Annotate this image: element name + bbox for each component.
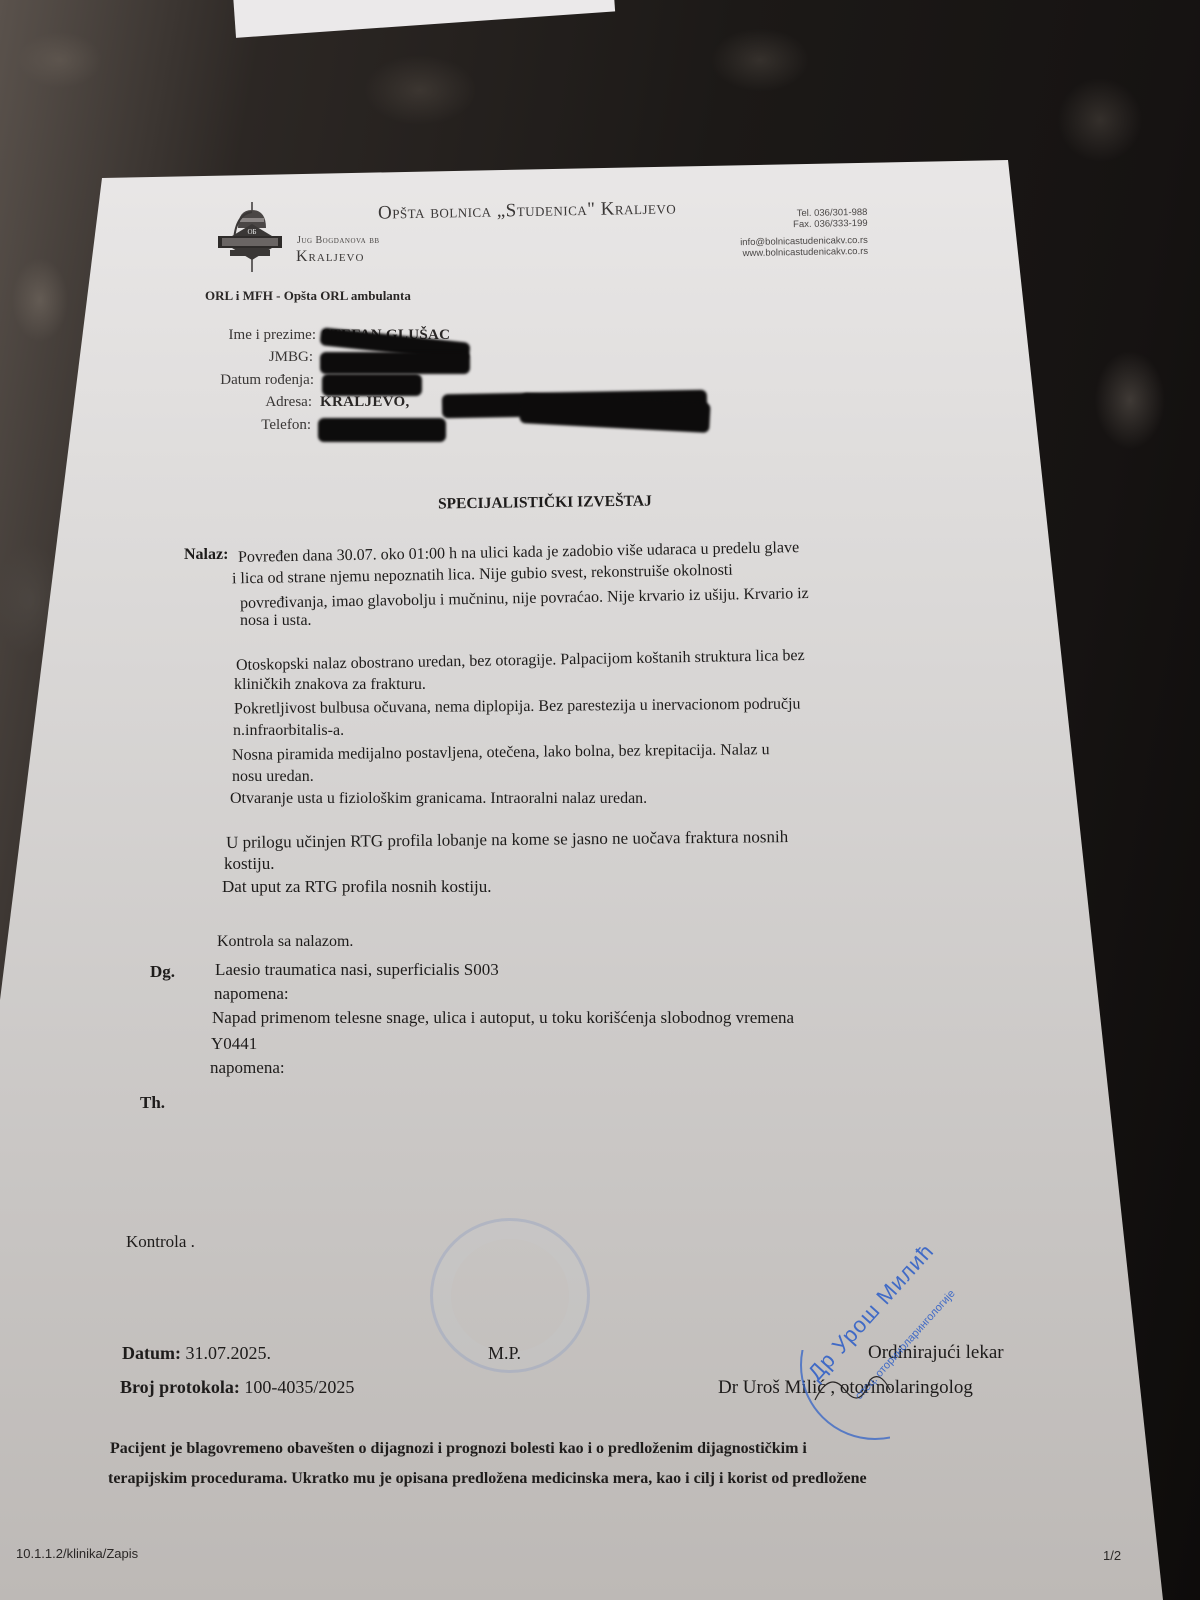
- protokol-label: Broj protokola:: [120, 1377, 240, 1397]
- datum-label: Datum:: [122, 1343, 181, 1363]
- protokol-value: 100-4035/2025: [244, 1377, 354, 1397]
- svg-text:ОБ: ОБ: [247, 228, 256, 236]
- redaction-jmbg: [320, 352, 470, 374]
- background-sheet: [232, 0, 615, 38]
- protokol-row: Broj protokola: 100-4035/2025: [120, 1377, 354, 1398]
- patient-address-value: KRALJEVO,: [320, 394, 410, 411]
- page-number: 1/2: [1103, 1548, 1121, 1563]
- kontrola-sa-nalazom: Kontrola sa nalazom.: [217, 933, 353, 951]
- hospital-city: Kraljevo: [296, 248, 364, 266]
- diagnosis-line: Y0441: [211, 1034, 257, 1054]
- exam-line: Nosna piramida medijalno postavljena, ot…: [232, 741, 770, 765]
- exam-line: Otoskopski nalaz obostrano uredan, bez o…: [236, 647, 805, 675]
- rtg-line: Dat uput za RTG profila nosnih kostiju.: [222, 877, 492, 897]
- datum-value: 31.07.2025.: [186, 1343, 272, 1363]
- hospital-contact: Tel. 036/301-988 Fax. 036/333-199 info@b…: [740, 207, 869, 259]
- nalaz-line: povređivanja, imao glavobolju i mučninu,…: [240, 585, 809, 613]
- diagnosis-line: napomena:: [210, 1058, 285, 1078]
- exam-line: Pokretljivost bulbusa očuvana, nema dipl…: [234, 696, 801, 719]
- hospital-web: www.bolnicastudenicakv.co.rs: [740, 246, 868, 259]
- consent-line: terapijskim procedurama. Ukratko mu je o…: [108, 1470, 867, 1488]
- dg-label: Dg.: [150, 962, 175, 982]
- mp-label: M.P.: [488, 1343, 521, 1364]
- exam-line: Otvaranje usta u fiziološkim granicama. …: [230, 790, 647, 808]
- patient-address-label: Adresa:: [162, 394, 312, 411]
- diagnosis-line: Napad primenom telesne snage, ulica i au…: [212, 1008, 794, 1028]
- patient-phone-label: Telefon:: [161, 417, 311, 434]
- exam-line: n.infraorbitalis-a.: [233, 722, 344, 740]
- rtg-line: kostiju.: [224, 854, 275, 874]
- consent-line: Pacijent je blagovremeno obavešten o dij…: [110, 1440, 807, 1458]
- hospital-fax: Fax. 036/333-199: [740, 218, 868, 231]
- hospital-church-logo-icon: ОБ: [208, 200, 288, 274]
- rtg-line: U prilogu učinjen RTG profila lobanje na…: [226, 827, 788, 853]
- patient-jmbg-label: JMBG:: [163, 349, 313, 366]
- redaction-phone: [318, 418, 446, 442]
- hospital-name: Opšta bolnica „Studenica" Kraljevo: [378, 197, 677, 224]
- datum-row: Datum: 31.07.2025.: [122, 1343, 271, 1364]
- patient-dob-label: Datum rođenja:: [164, 372, 314, 389]
- hospital-street: Jug Bogdanova bb: [297, 235, 380, 246]
- th-label: Th.: [140, 1093, 165, 1113]
- patient-name-label: Ime i prezime:: [166, 327, 316, 344]
- diagnosis-line: napomena:: [214, 984, 289, 1004]
- department: ORL i MFH - Opšta ORL ambulanta: [205, 288, 411, 304]
- nalaz-label: Nalaz:: [184, 546, 228, 564]
- kontrola-label: Kontrola .: [126, 1232, 195, 1252]
- redaction-dob: [322, 374, 422, 396]
- diagnosis-line: Laesio traumatica nasi, superficialis S0…: [215, 960, 499, 980]
- signature-scribble: [810, 1360, 900, 1410]
- document-page: ОБ Opšta bolnica „Studenica" Kraljevo Ju…: [0, 0, 1200, 1600]
- nalaz-line: nosa i usta.: [240, 612, 312, 630]
- report-title: SPECIJALISTIČKI IZVEŠTAJ: [438, 493, 652, 514]
- exam-line: nosu uredan.: [232, 768, 314, 786]
- footer-url: 10.1.1.2/klinika/Zapis: [16, 1546, 138, 1561]
- exam-line: kliničkih znakova za frakturu.: [234, 676, 426, 694]
